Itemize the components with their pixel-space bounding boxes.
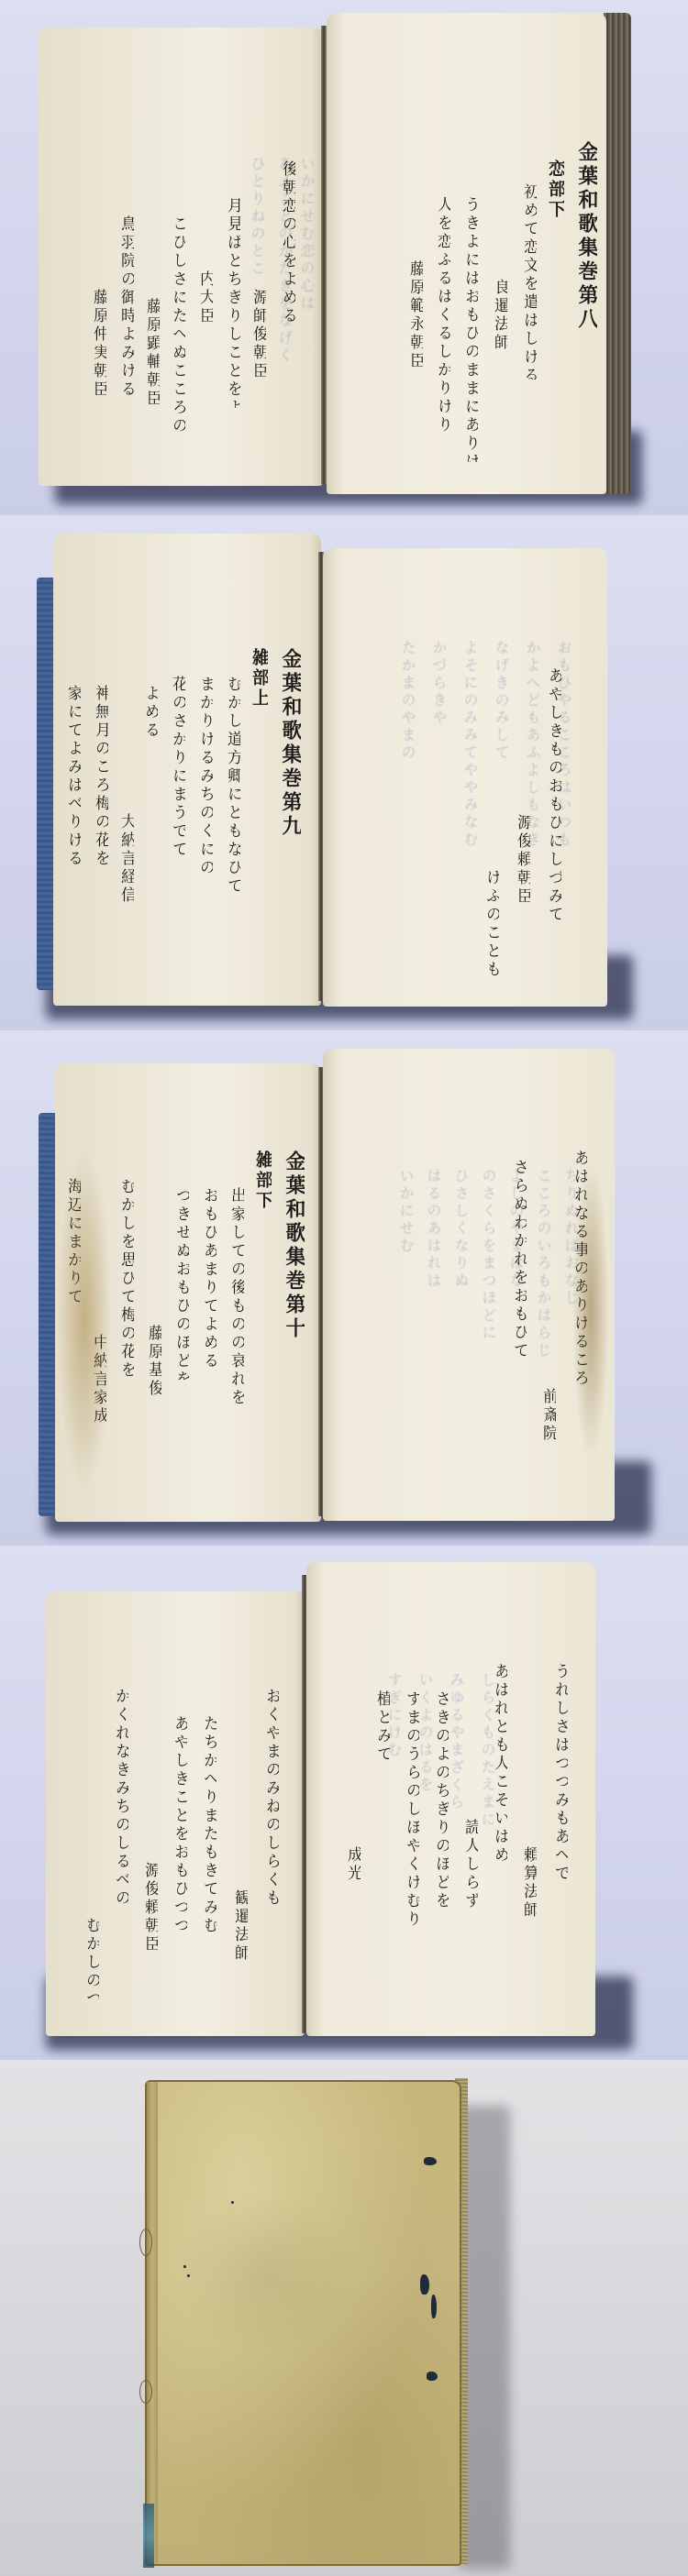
author-name: 成光 [333, 1663, 361, 1938]
text-column: 家にてよみはべりける [53, 648, 81, 987]
text-column: 出家しての後ものの哀れを [216, 1150, 244, 1481]
text-column: こひしさにたへぬこころの [160, 160, 185, 435]
author-name: 大納言経信 [108, 648, 134, 923]
text-column: おもひあまりてよめる [189, 1150, 216, 1481]
page-stack-edge [604, 13, 631, 494]
text-column: かくれなきみちのしるべの [99, 1688, 128, 1981]
text-column: うれしさはつつみもあへで [537, 1663, 568, 1975]
book-cover [145, 2080, 461, 2566]
author-name: 源俊頼朝臣 [499, 667, 530, 924]
wormhole [420, 2274, 429, 2295]
author-name: むかしのつかひ [72, 1688, 99, 1999]
volume-title: 金葉和歌集巻第八 [564, 141, 597, 407]
text-column: 植とみて [361, 1663, 390, 1828]
photo-spread-vol10: 金葉和歌集巻第十 雑部下 出家しての後ものの哀れを おもひあまりてよめる つきせ… [0, 1030, 688, 1546]
photo-front-cover [0, 2060, 688, 2576]
text-column: 初めて恋文を遣はしける [507, 141, 537, 380]
text-column: あやしきことをおもひつつ [158, 1688, 187, 1999]
text-column: 月見ばとちぎりしことをよめる [213, 160, 240, 408]
text-column: 後朝恋の心をよめる [266, 160, 295, 435]
text-column: 鳥羽院の御時よみける [106, 160, 134, 399]
text-column: さらぬわかれをおもひて [499, 1150, 527, 1489]
author-name: 観暹法師 [216, 1688, 248, 1981]
left-page: いかにせむ恋の心は あふことのかたきをなげく ひとりねのとこ 後朝恋の心をよめる… [39, 28, 323, 486]
text-column: 人を恋ふるはくるしかりけり [423, 141, 450, 462]
wormhole [431, 2295, 437, 2318]
text-column: たちかへりまたもきてみむ [187, 1688, 216, 1999]
author-name: 良暹法師 [478, 141, 507, 370]
cover-spine [147, 2082, 158, 2564]
section-title: 恋部下 [537, 141, 564, 279]
text-column: 花のさかりにまうでて [158, 648, 185, 978]
text-columns: うれしさはつつみもあへで 頼算法師 あはれとも人こそいはめ 読人しらず さきのよ… [333, 1663, 568, 2011]
text-columns: 後朝恋の心をよめる 源師俊朝臣 月見ばとちぎりしことをよめる 内大臣 こひしさに… [81, 160, 295, 463]
left-page: おくやまのみねのしらくも 観暹法師 たちかへりまたもきてみむ あやしきことをおも… [46, 1591, 305, 2036]
binding-thread [139, 2229, 152, 2256]
wormhole [424, 2157, 437, 2165]
text-columns: あやしきものおもひにしづみて 源俊頼朝臣 けふのこともわすれがたく [472, 667, 561, 979]
author-name: 藤原基俊 [134, 1150, 161, 1416]
stain [174, 2192, 358, 2357]
author-name: 源俊頼朝臣 [128, 1688, 158, 1963]
text-column: まかりけるみちのくにの [185, 648, 213, 978]
text-column: うきよにはおもひのままにありけれど [450, 141, 478, 462]
wormhole [427, 2372, 438, 2381]
author-name: 藤原顕輔朝臣 [134, 160, 160, 417]
text-columns: 金葉和歌集巻第八 恋部下 初めて恋文を遣はしける 良暹法師 うきよにはおもひのま… [394, 141, 597, 462]
author-name: 頼算法師 [507, 1663, 537, 1956]
text-column: むかし道方卿にともなひて [213, 648, 240, 978]
text-column: けふのこともわすれがたく [472, 667, 499, 979]
author-name: 読人しらず [449, 1663, 478, 1938]
author-name: 源師俊朝臣 [240, 160, 266, 390]
left-page: 金葉和歌集巻第九 雑部上 むかし道方卿にともなひて まかりけるみちのくにの 花の… [53, 534, 321, 1006]
right-page: おもひやるこころはいつも かよへどもあふよしもなき なげきのみして よそにのみみ… [323, 548, 607, 1007]
text-column: あはれとも人こそいはめ [478, 1663, 507, 1975]
text-column: すまのうらのしほやくけむり [390, 1663, 419, 1993]
volume-title: 金葉和歌集巻第九 [268, 648, 301, 914]
author-name: 藤原仲実朝臣 [81, 160, 106, 435]
author-name: 内大臣 [185, 160, 213, 344]
worm-damage [572, 1159, 609, 1461]
blue-binding-remnant [143, 2504, 154, 2568]
text-column: 神無月のころ梅の花を [81, 648, 108, 987]
section-title: 雑部上 [240, 648, 268, 758]
right-page: 金葉和歌集巻第八 恋部下 初めて恋文を遣はしける 良暹法師 うきよにはおもひのま… [327, 13, 606, 494]
text-column: あやしきものおもひにしづみて [530, 667, 561, 979]
photo-spread-vol8: いかにせむ恋の心は あふことのかたきをなげく ひとりねのとこ 後朝恋の心をよめる… [0, 0, 688, 515]
right-page: ちりぬればおなじ こころのいろもかはらじ よしのやまはな のさくらをまつほどに … [323, 1049, 615, 1521]
text-column: つきせぬおもひのほどを [161, 1150, 189, 1380]
photo-spread-final: おくやまのみねのしらくも 観暹法師 たちかへりまたもきてみむ あやしきことをおも… [0, 1546, 688, 2060]
left-page: 金葉和歌集巻第十 雑部下 出家しての後ものの哀れを おもひあまりてよめる つきせ… [55, 1063, 321, 1522]
volume-title: 金葉和歌集巻第十 [272, 1150, 305, 1426]
author-name: 前斎院 [527, 1150, 556, 1480]
water-stain [57, 1146, 112, 1494]
text-columns: おくやまのみねのしらくも 観暹法師 たちかへりまたもきてみむ あやしきことをおも… [72, 1688, 279, 1999]
text-column: おくやまのみねのしらくも [248, 1688, 279, 1999]
right-page: しらくものたえまに みゆるやまざくら いくよのはるを すぎにけむ うれしさはつつ… [306, 1562, 595, 2036]
text-columns: 金葉和歌集巻第九 雑部上 むかし道方卿にともなひて まかりけるみちのくにの 花の… [53, 648, 301, 987]
section-title: 雑部下 [244, 1150, 272, 1260]
photo-spread-vol9: 金葉和歌集巻第九 雑部上 むかし道方卿にともなひて まかりけるみちのくにの 花の… [0, 515, 688, 1030]
text-column: さきのよのちぎりのほどを [419, 1663, 449, 1993]
author-name: 藤原範永朝臣 [394, 141, 423, 416]
text-column: よめる [134, 648, 158, 758]
binding-thread [139, 2380, 152, 2404]
